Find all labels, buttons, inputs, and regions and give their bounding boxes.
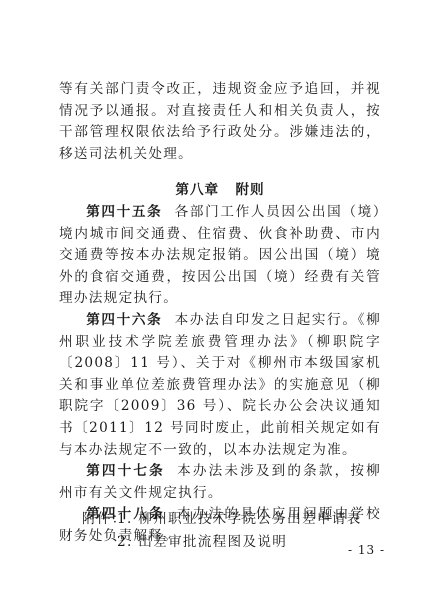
page-number: - 13 -: [348, 543, 385, 557]
article-text: 本办法自印发之日起实行。《柳州职业技术学院差旅费管理办法》（柳职院字〔2008〕…: [59, 312, 381, 458]
article-46: 第四十六条本办法自印发之日起实行。《柳州职业技术学院差旅费管理办法》（柳职院字〔…: [59, 310, 381, 461]
article-number: 第四十六条: [86, 312, 162, 328]
article-number: 第四十七条: [86, 463, 165, 479]
attachments-list: 附件：1. 柳州职业技术学院公务出差申请表 2. 出差审批流程图及说明: [82, 508, 362, 554]
attachment-text: 2. 出差审批流程图及说明: [117, 534, 287, 550]
chapter-number: 第八章: [175, 182, 219, 198]
article-45: 第四十五条各部门工作人员因公出国（境）境内城市间交通费、住宿费、伙食补助费、市内…: [59, 202, 381, 310]
attachments-label: 附件：: [82, 508, 117, 531]
attachment-item: 2. 出差审批流程图及说明: [82, 531, 362, 554]
chapter-title: 附则: [235, 182, 264, 198]
document-page: 等有关部门责令改正，违规资金应予追回，并视情况予以通报。对直接责任人和相关负责人…: [0, 0, 436, 616]
continuation-paragraph: 等有关部门责令改正，违规资金应予追回，并视情况予以通报。对直接责任人和相关负责人…: [59, 79, 381, 165]
article-47: 第四十七条本办法未涉及到的条款，按柳州市有关文件规定执行。: [59, 461, 381, 504]
document-body: 等有关部门责令改正，违规资金应予追回，并视情况予以通报。对直接责任人和相关负责人…: [59, 79, 381, 547]
chapter-heading: 第八章附则: [59, 180, 381, 202]
article-number: 第四十五条: [86, 204, 162, 220]
attachment-text: 1. 柳州职业技术学院公务出差申请表: [117, 511, 362, 527]
attachment-item: 附件：1. 柳州职业技术学院公务出差申请表: [82, 508, 362, 531]
